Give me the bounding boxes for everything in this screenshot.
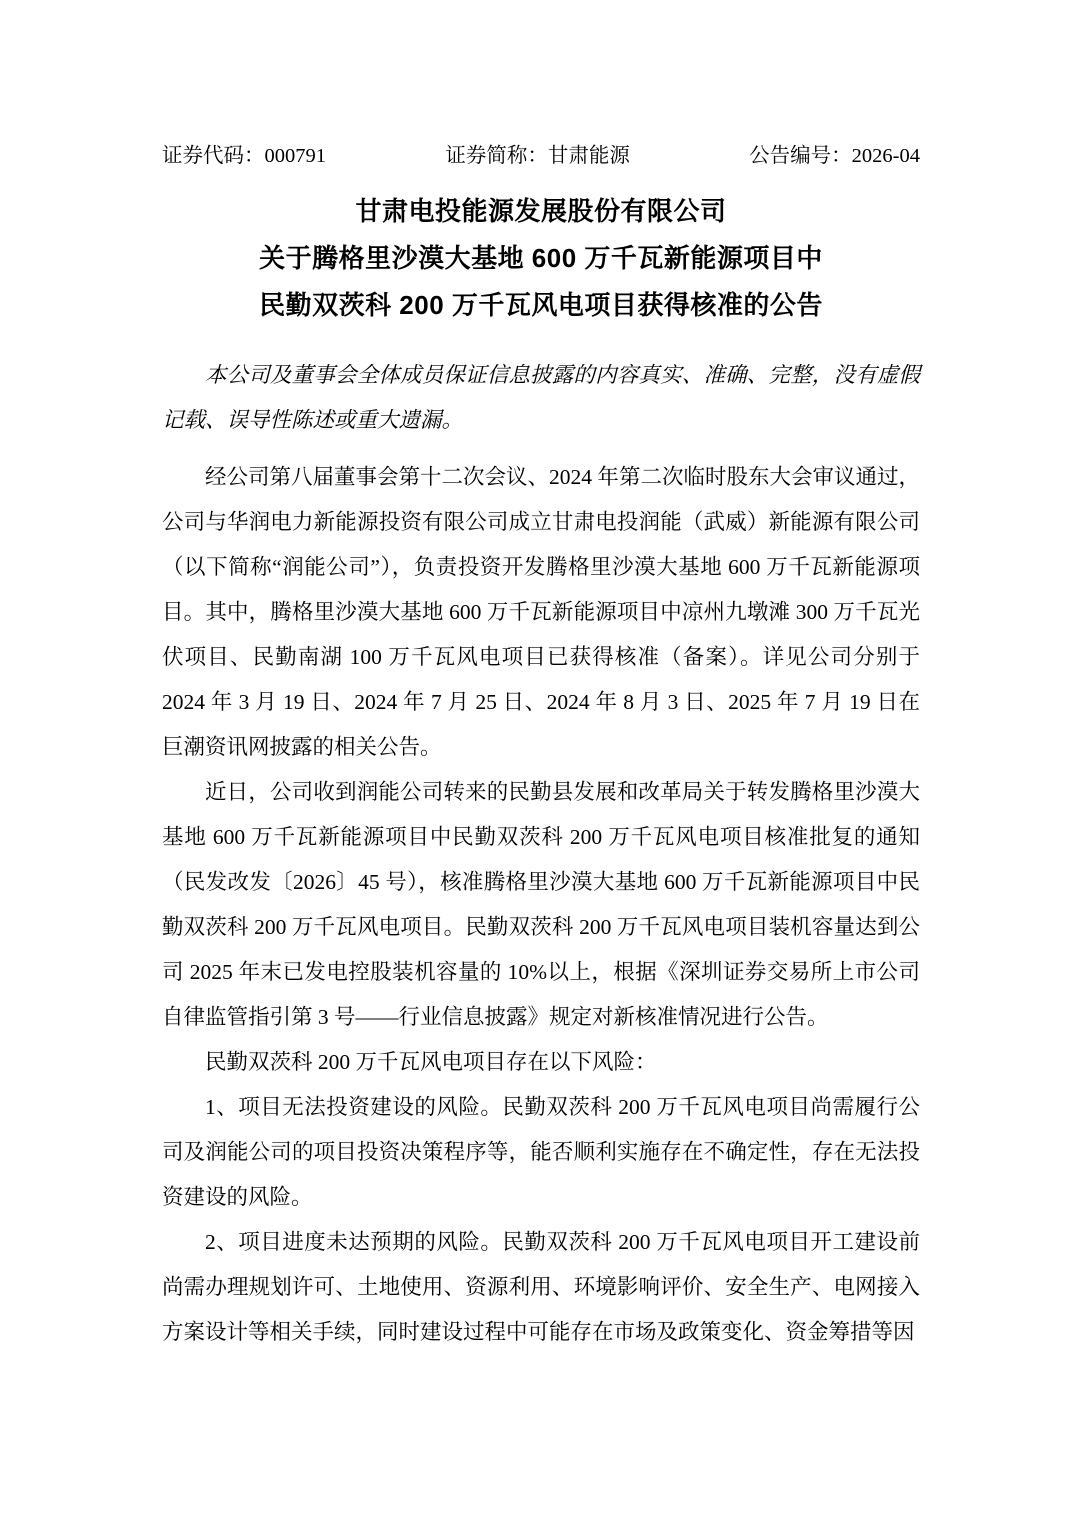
- announcement-number-value: 2026-04: [852, 145, 920, 167]
- announcement-number: 公告编号：2026-04: [749, 142, 920, 170]
- body-paragraph-approval-history: 经公司第八届董事会第十二次会议、2024 年第二次临时股东大会审议通过，公司与华…: [162, 455, 920, 770]
- disclaimer-paragraph: 本公司及董事会全体成员保证信息披露的内容真实、准确、完整，没有虚假记载、误导性陈…: [162, 353, 920, 443]
- body-paragraph-risk-intro: 民勤双茨科 200 万千瓦风电项目存在以下风险：: [162, 1040, 920, 1085]
- stock-code-label: 证券代码：: [162, 145, 265, 167]
- stock-code: 证券代码：000791: [162, 142, 326, 170]
- stock-code-value: 000791: [265, 145, 327, 167]
- stock-short-name: 证券简称：甘肃能源: [445, 142, 630, 170]
- body-paragraph-risk-2: 2、项目进度未达预期的风险。民勤双茨科 200 万千瓦风电项目开工建设前尚需办理…: [162, 1220, 920, 1355]
- announcement-subject-line-2: 民勤双茨科 200 万千瓦风电项目获得核准的公告: [162, 282, 920, 329]
- company-name-title: 甘肃电投能源发展股份有限公司: [162, 188, 920, 235]
- document-page: 证券代码：000791 证券简称：甘肃能源 公告编号：2026-04 甘肃电投能…: [0, 0, 1080, 1527]
- document-header: 证券代码：000791 证券简称：甘肃能源 公告编号：2026-04: [162, 142, 920, 170]
- body-paragraph-new-approval-notice: 近日，公司收到润能公司转来的民勤县发展和改革局关于转发腾格里沙漠大基地 600 …: [162, 770, 920, 1040]
- stock-short-name-value: 甘肃能源: [548, 145, 630, 167]
- title-block: 甘肃电投能源发展股份有限公司 关于腾格里沙漠大基地 600 万千瓦新能源项目中 …: [162, 188, 920, 329]
- stock-short-name-label: 证券简称：: [445, 145, 548, 167]
- announcement-subject-line-1: 关于腾格里沙漠大基地 600 万千瓦新能源项目中: [162, 235, 920, 282]
- announcement-number-label: 公告编号：: [749, 145, 852, 167]
- body-paragraph-risk-1: 1、项目无法投资建设的风险。民勤双茨科 200 万千瓦风电项目尚需履行公司及润能…: [162, 1085, 920, 1220]
